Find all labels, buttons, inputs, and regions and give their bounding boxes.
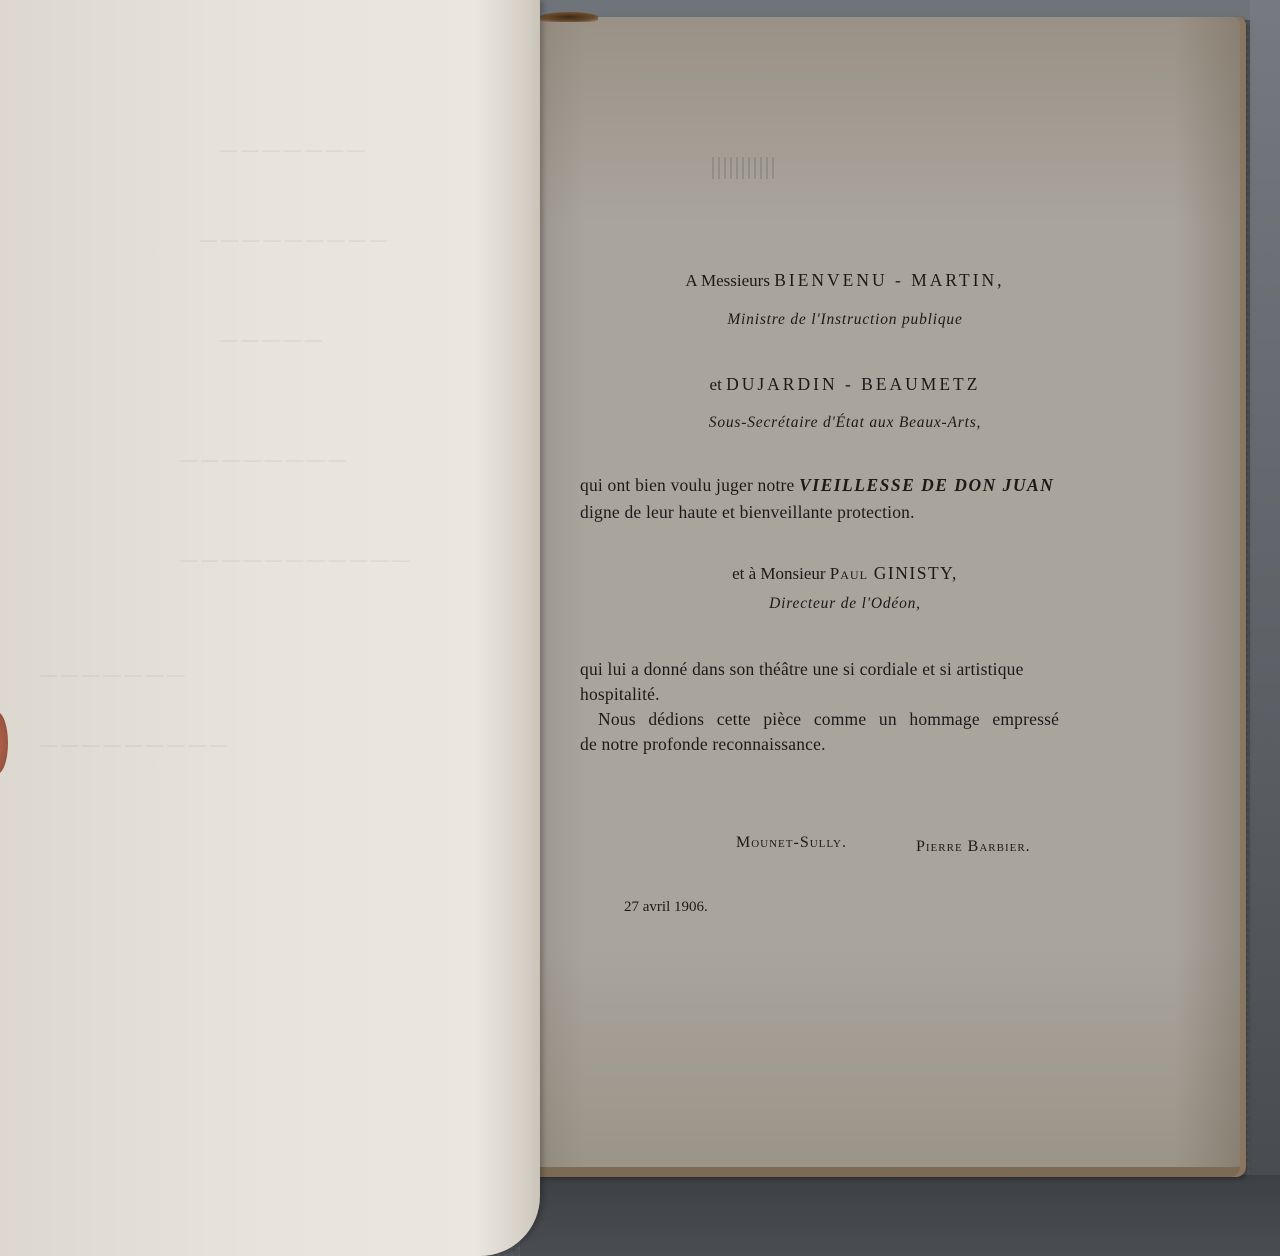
dedication-date: 27 avril 1906.	[624, 899, 708, 916]
bleed-through-text: — — — — —	[220, 330, 322, 350]
dedication-line-9: qui lui a donné dans son théâtre une si …	[580, 659, 1024, 680]
dedication-line-5: qui ont bien voulu juger notre VIEILLESS…	[580, 475, 1054, 496]
dedication-line-12: de notre profonde reconnaissance.	[580, 734, 826, 755]
honoree-name-1: BIENVENU - MARTIN,	[774, 270, 1004, 290]
dedication-line-1: A Messieurs BIENVENU - MARTIN,	[580, 270, 1110, 291]
bleed-through-text: — — — — — — — —	[180, 450, 346, 470]
thumb	[0, 712, 8, 774]
bleed-through-text: — — — — — — — — — — —	[180, 550, 410, 570]
play-title: VIEILLESSE DE DON JUAN	[799, 475, 1054, 495]
signature-2: Pierre Barbier.	[916, 838, 1031, 856]
dedication-conjunction: et	[710, 375, 727, 394]
table-surface-bottom	[520, 1175, 1280, 1256]
left-page: — — — — — — — — — — — — — — — — — — — — …	[0, 0, 540, 1256]
bleed-through-text: — — — — — — — — —	[40, 735, 227, 755]
signature-1: Mounet-Sully.	[736, 834, 847, 852]
line-text: qui ont bien voulu juger notre	[580, 475, 799, 495]
honoree-title-3: Directeur de l'Odéon,	[580, 595, 1110, 613]
dedication-line-3: et DUJARDIN - BEAUMETZ	[580, 374, 1110, 395]
dedication-line-10: hospitalité.	[580, 684, 660, 705]
dedication-prefix: A Messieurs	[685, 271, 774, 290]
bleed-through-text: — — — — — — —	[40, 665, 185, 685]
honoree-name-2: DUJARDIN - BEAUMETZ	[726, 374, 980, 394]
line-text: et à Monsieur	[732, 564, 830, 583]
bleed-through-text: — — — — — — —	[220, 140, 365, 160]
honoree-name-3: GINISTY,	[868, 563, 958, 583]
honoree-firstname-3: Paul	[830, 564, 868, 583]
honoree-title-1: Ministre de l'Instruction publique	[580, 311, 1110, 329]
dedication-line-7: et à Monsieur Paul GINISTY,	[580, 563, 1110, 584]
binding-thread	[540, 12, 598, 22]
table-surface-right	[1250, 0, 1280, 1256]
honoree-title-2: Sous-Secrétaire d'État aux Beaux-Arts,	[580, 414, 1110, 432]
faint-stamp-mark	[712, 157, 776, 179]
dedication-line-11: Nous dédions cette pièce comme un hommag…	[598, 709, 1059, 730]
dedication-line-6: digne de leur haute et bienveillante pro…	[580, 502, 915, 523]
bleed-through-text: — — — — — — — — —	[200, 230, 387, 250]
